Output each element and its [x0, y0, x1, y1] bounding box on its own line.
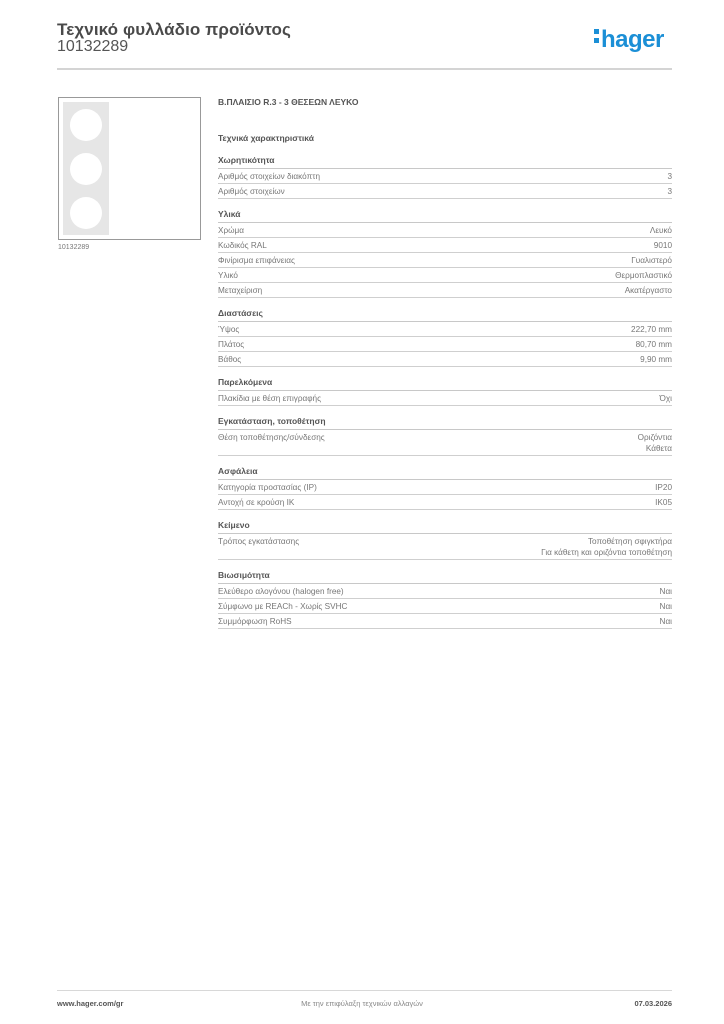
product-frame-3-gang-icon: [63, 102, 109, 235]
spec-group-title: Υλικά: [218, 209, 672, 223]
spec-value: Τοποθέτηση σφιγκτήρα Για κάθετη και οριζ…: [541, 536, 672, 558]
spec-value: 80,70 mm: [636, 339, 672, 350]
hager-logo: hager: [594, 26, 664, 54]
spec-group: ΠαρελκόμεναΠλακίδια με θέση επιγραφήςΌχι: [218, 377, 672, 406]
spec-group-title: Παρελκόμενα: [218, 377, 672, 391]
spec-value: Ναι: [660, 601, 672, 612]
document-title: Τεχνικό φυλλάδιο προϊόντος: [57, 20, 291, 40]
spec-label: Κωδικός RAL: [218, 240, 267, 251]
spec-label: Τρόπος εγκατάστασης: [218, 536, 299, 558]
spec-group: ΔιαστάσειςΎψος222,70 mmΠλάτος80,70 mmΒάθ…: [218, 308, 672, 367]
spec-value: Ναι: [660, 616, 672, 627]
spec-label: Ελεύθερο αλογόνου (halogen free): [218, 586, 344, 597]
spec-value: Όχι: [660, 393, 672, 404]
spec-group-title: Ασφάλεια: [218, 466, 672, 480]
product-image: [58, 97, 201, 240]
socket-opening-icon: [70, 109, 102, 141]
spec-section: Β.ΠΛΑΙΣΙΟ R.3 - 3 ΘΕΣΕΩΝ ΛΕΥΚΟ Τεχνικά χ…: [218, 97, 672, 639]
spec-value: 9,90 mm: [640, 354, 672, 365]
spec-row: Βάθος9,90 mm: [218, 352, 672, 367]
logo-colon-icon: [594, 29, 599, 47]
spec-heading: Τεχνικά χαρακτηριστικά: [218, 133, 672, 143]
spec-label: Αριθμός στοιχείων διακόπτη: [218, 171, 320, 182]
spec-row: ΧρώμαΛευκό: [218, 223, 672, 238]
spec-group: ΑσφάλειαΚατηγορία προστασίας (IP)IP20Αντ…: [218, 466, 672, 510]
spec-value: 9010: [654, 240, 672, 251]
spec-value: Γυαλιστερό: [631, 255, 672, 266]
spec-row: Πλάτος80,70 mm: [218, 337, 672, 352]
spec-group-title: Χωρητικότητα: [218, 155, 672, 169]
spec-value: Ακατέργαστο: [625, 285, 672, 296]
spec-label: Αντοχή σε κρούση IK: [218, 497, 294, 508]
spec-label: Κατηγορία προστασίας (IP): [218, 482, 317, 493]
spec-label: Ύψος: [218, 324, 239, 335]
spec-group: ΒιωσιμότηταΕλεύθερο αλογόνου (halogen fr…: [218, 570, 672, 629]
spec-row: Αριθμός στοιχείων διακόπτη3: [218, 169, 672, 184]
socket-opening-icon: [70, 153, 102, 185]
spec-label: Σύμφωνο με REACh - Χωρίς SVHC: [218, 601, 347, 612]
spec-row: Αριθμός στοιχείων3: [218, 184, 672, 199]
spec-group: Εγκατάσταση, τοποθέτησηΘέση τοποθέτησης/…: [218, 416, 672, 456]
spec-value: Λευκό: [650, 225, 672, 236]
spec-group-title: Εγκατάσταση, τοποθέτηση: [218, 416, 672, 430]
spec-label: Χρώμα: [218, 225, 244, 236]
spec-label: Συμμόρφωση RoHS: [218, 616, 292, 627]
spec-group-title: Κείμενο: [218, 520, 672, 534]
product-name: Β.ΠΛΑΙΣΙΟ R.3 - 3 ΘΕΣΕΩΝ ΛΕΥΚΟ: [218, 97, 672, 107]
image-caption: 10132289: [58, 244, 89, 251]
spec-group: ΥλικάΧρώμαΛευκόΚωδικός RAL9010Φινίρισμα …: [218, 209, 672, 298]
spec-label: Υλικό: [218, 270, 238, 281]
spec-row: Ύψος222,70 mm: [218, 322, 672, 337]
spec-groups: ΧωρητικότηταΑριθμός στοιχείων διακόπτη3Α…: [218, 155, 672, 629]
spec-value: IK05: [655, 497, 672, 508]
spec-row: Συμμόρφωση RoHSΝαι: [218, 614, 672, 629]
spec-row: Θέση τοποθέτησης/σύνδεσηςΟριζόντια Κάθετ…: [218, 430, 672, 456]
spec-label: Φινίρισμα επιφάνειας: [218, 255, 295, 266]
spec-row: Ελεύθερο αλογόνου (halogen free)Ναι: [218, 584, 672, 599]
spec-label: Μεταχείριση: [218, 285, 262, 296]
spec-row: Αντοχή σε κρούση IKIK05: [218, 495, 672, 510]
header-divider: [57, 68, 672, 70]
spec-value: 3: [667, 171, 672, 182]
footer-date: 07.03.2026: [634, 999, 672, 1008]
spec-row: Φινίρισμα επιφάνειαςΓυαλιστερό: [218, 253, 672, 268]
spec-value: 222,70 mm: [631, 324, 672, 335]
spec-value: Θερμοπλαστικό: [615, 270, 672, 281]
spec-value: Ναι: [660, 586, 672, 597]
product-code: 10132289: [57, 38, 128, 56]
spec-row: ΥλικόΘερμοπλαστικό: [218, 268, 672, 283]
spec-label: Θέση τοποθέτησης/σύνδεσης: [218, 432, 325, 454]
spec-row: Κωδικός RAL9010: [218, 238, 672, 253]
spec-label: Βάθος: [218, 354, 241, 365]
spec-label: Πλακίδια με θέση επιγραφής: [218, 393, 321, 404]
spec-value: Οριζόντια Κάθετα: [638, 432, 672, 454]
footer-divider: [57, 990, 672, 991]
spec-label: Πλάτος: [218, 339, 244, 350]
spec-row: Τρόπος εγκατάστασηςΤοποθέτηση σφιγκτήρα …: [218, 534, 672, 560]
spec-row: ΜεταχείρισηΑκατέργαστο: [218, 283, 672, 298]
spec-value: 3: [667, 186, 672, 197]
spec-group: ΚείμενοΤρόπος εγκατάστασηςΤοποθέτηση σφι…: [218, 520, 672, 560]
spec-row: Πλακίδια με θέση επιγραφήςΌχι: [218, 391, 672, 406]
socket-opening-icon: [70, 197, 102, 229]
spec-row: Κατηγορία προστασίας (IP)IP20: [218, 480, 672, 495]
spec-group: ΧωρητικότηταΑριθμός στοιχείων διακόπτη3Α…: [218, 155, 672, 199]
footer-notice: Με την επιφύλαξη τεχνικών αλλαγών: [0, 999, 724, 1008]
brand-name: hager: [601, 26, 664, 53]
spec-row: Σύμφωνο με REACh - Χωρίς SVHCΝαι: [218, 599, 672, 614]
spec-group-title: Διαστάσεις: [218, 308, 672, 322]
spec-value: IP20: [655, 482, 672, 493]
spec-label: Αριθμός στοιχείων: [218, 186, 285, 197]
spec-group-title: Βιωσιμότητα: [218, 570, 672, 584]
